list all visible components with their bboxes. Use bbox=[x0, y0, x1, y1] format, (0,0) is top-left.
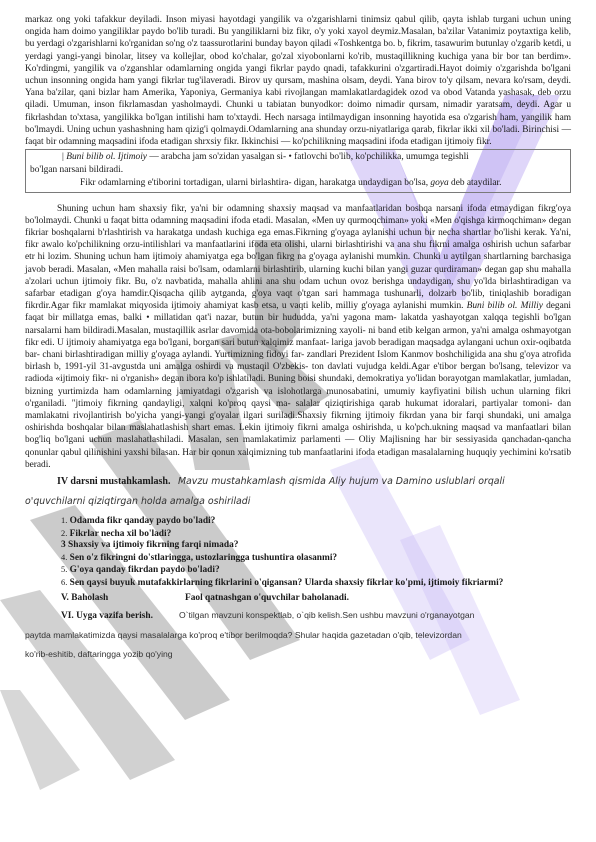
section-6-label: VI. Uyga vazifa berish. bbox=[61, 607, 179, 626]
document-content: markaz ong yoki tafakkur deyiladi. Inson… bbox=[25, 14, 571, 664]
section-6-line-3: ko'rib-eshitib, daftaringga yozib qo'yin… bbox=[25, 645, 571, 664]
question-text: Odamda fikr qanday paydo bo'ladi? bbox=[70, 516, 216, 526]
section-4-heading: IV darsni mustahkamlash. bbox=[57, 476, 170, 487]
info-box-line-1: | Buni bilib ol. Ijtimoiy — arabcha jam … bbox=[30, 151, 564, 164]
box-italic-term: Buni bilib ol. Ijtimoiy bbox=[66, 152, 147, 162]
question-item: 6. Sen qaysi buyuk mutafakkirlarning fik… bbox=[25, 577, 571, 590]
box-goya-term: goya bbox=[430, 178, 448, 188]
section-5-text: Faol qatnashgan o'quvchilar baholanadi. bbox=[185, 590, 349, 606]
section-4: IV darsni mustahkamlash. Mavzu mustahkam… bbox=[25, 475, 571, 489]
question-number: 3 bbox=[61, 540, 66, 550]
box-goya-text: Fikr odamlarning e'tiborini tortadigan, … bbox=[80, 178, 430, 188]
paragraph-main-italic: Buni bilib ol. Milliy bbox=[467, 301, 543, 311]
question-text: Shaxsiy va ijtimoiy fikrning farqi nimad… bbox=[68, 540, 238, 550]
info-box-line-2: bo'lgan narsani bildiradi. bbox=[30, 164, 564, 177]
question-item: 5. G'oya qanday fikrdan paydo bo'ladi? bbox=[25, 564, 571, 577]
paragraph-main-text: Shuning uchun ham shaxsiy fikr, ya'ni bi… bbox=[25, 204, 571, 312]
info-box-line-3: Fikr odamlarning e'tiborini tortadigan, … bbox=[30, 177, 564, 190]
section-5-label: V. Baholash bbox=[61, 590, 185, 606]
section-6-text: O`tilgan mavzuni konspektlab, o`qib keli… bbox=[179, 610, 474, 620]
box-goya-end: deb ataydilar. bbox=[449, 178, 502, 188]
paragraph-main-rest: degani faqat bir millatga emas, balki • … bbox=[25, 301, 571, 470]
question-text: Sen qaysi buyuk mutafakkirlarning fikrla… bbox=[67, 578, 503, 588]
section-5: V. Baholash Faol qatnashgan o'quvchilar … bbox=[25, 590, 571, 606]
question-item: 1. Odamda fikr qanday paydo bo'ladi? bbox=[25, 515, 571, 528]
question-text: Sen o'z fikringni do'stlaringga, ustozla… bbox=[67, 553, 337, 563]
question-item: 2. Fikrlar necha xil bo'ladi? bbox=[25, 528, 571, 541]
question-item: 4. Sen o'z fikringni do'stlaringga, usto… bbox=[25, 552, 571, 565]
question-text: Fikrlar necha xil bo'ladi? bbox=[70, 529, 172, 539]
question-number: 1. bbox=[61, 516, 67, 525]
info-box: | Buni bilib ol. Ijtimoiy — arabcha jam … bbox=[25, 149, 571, 192]
section-6-line-2: paytda mamlakatimizda qaysi masalalarga … bbox=[25, 626, 571, 645]
section-4-cont: o'quvchilarni qiziqtirgan holda amalga o… bbox=[25, 495, 571, 509]
section-4-italic-b: o'quvchilarni qiziqtirgan holda amalga o… bbox=[25, 496, 250, 507]
paragraph-main: Shuning uchun ham shaxsiy fikr, ya'ni bi… bbox=[25, 203, 571, 471]
section-6: VI. Uyga vazifa berish.O`tilgan mavzuni … bbox=[25, 606, 571, 626]
paragraph-intro: markaz ong yoki tafakkur deyiladi. Inson… bbox=[25, 14, 571, 148]
question-text: G'oya qanday fikrdan paydo bo'ladi? bbox=[67, 565, 219, 575]
question-item: 3 Shaxsiy va ijtimoiy fikrning farqi nim… bbox=[25, 540, 571, 552]
box-definition: — arabcha jam so'zidan yasalgan si- • fa… bbox=[147, 152, 469, 162]
question-number: 2. bbox=[61, 529, 67, 538]
document-page: markaz ong yoki tafakkur deyiladi. Inson… bbox=[0, 0, 596, 842]
section-4-italic-a: Mavzu mustahkamlash qismida Aliy hujum v… bbox=[178, 476, 505, 487]
questions-list: 1. Odamda fikr qanday paydo bo'ladi? 2. … bbox=[25, 515, 571, 590]
